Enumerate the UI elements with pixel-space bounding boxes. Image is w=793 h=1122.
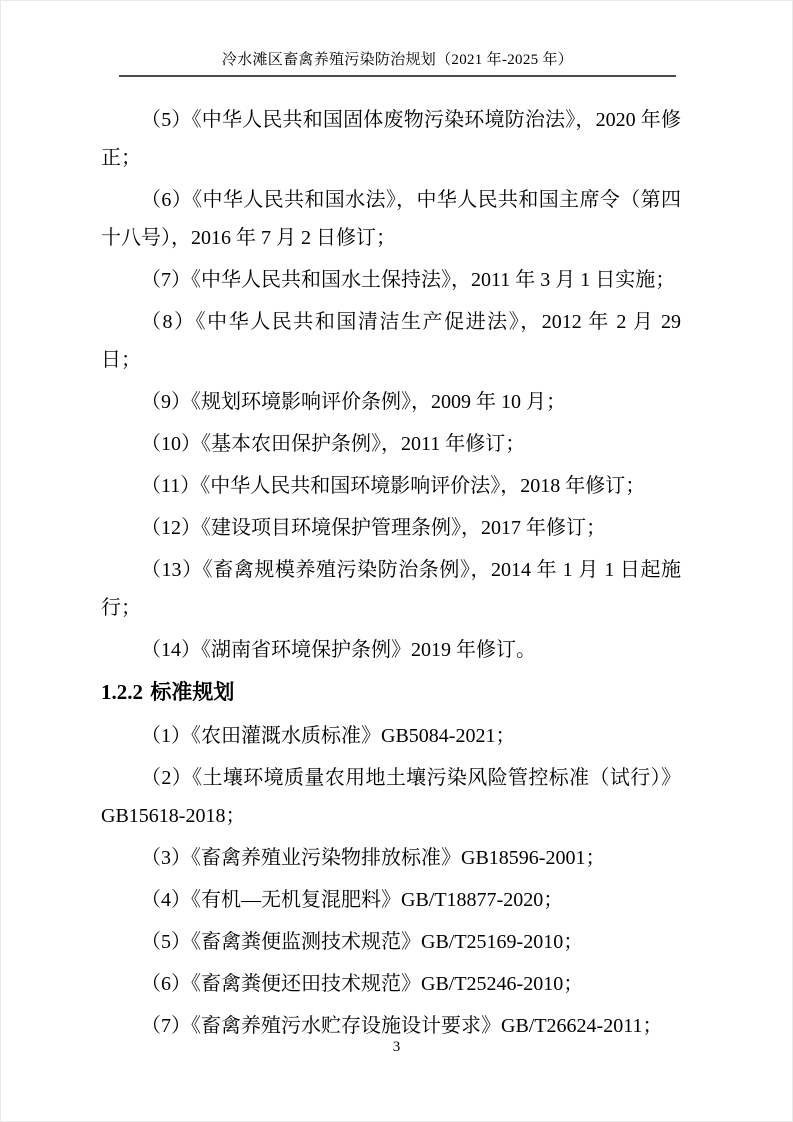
standard-item: （1）《农田灌溉水质标准》GB5084-2021；: [101, 717, 681, 755]
legal-item: （11）《中华人民共和国环境影响评价法》，2018 年修订；: [101, 467, 681, 505]
legal-item: （7）《中华人民共和国水土保持法》，2011 年 3 月 1 日实施；: [101, 261, 681, 299]
standard-item: （5）《畜禽粪便监测技术规范》GB/T25169-2010；: [101, 923, 681, 961]
section-heading: 1.2.2标准规划: [101, 673, 681, 712]
header-title: 冷水滩区畜禽养殖污染防治规划（2021 年-2025 年）: [222, 52, 573, 68]
document-page: 冷水滩区畜禽养殖污染防治规划（2021 年-2025 年） （5）《中华人民共和…: [0, 0, 793, 1122]
legal-item: （5）《中华人民共和国固体废物污染环境防治法》，2020 年修正；: [101, 101, 681, 177]
standard-item: （3）《畜禽养殖业污染物排放标准》GB18596-2001；: [101, 839, 681, 877]
legal-item: （8）《中华人民共和国清洁生产促进法》，2012 年 2 月 29 日；: [101, 303, 681, 379]
legal-item: （10）《基本农田保护条例》，2011 年修订；: [101, 425, 681, 463]
page-number: 3: [1, 1037, 792, 1057]
standard-item: （4）《有机—无机复混肥料》GB/T18877-2020；: [101, 881, 681, 919]
page-header: 冷水滩区畜禽养殖污染防治规划（2021 年-2025 年）: [119, 1, 676, 77]
standard-item: （6）《畜禽粪便还田技术规范》GB/T25246-2010；: [101, 965, 681, 1003]
legal-item: （14）《湖南省环境保护条例》2019 年修订。: [101, 631, 681, 669]
legal-item: （9）《规划环境影响评价条例》，2009 年 10 月；: [101, 383, 681, 421]
section-title: 标准规划: [150, 681, 234, 704]
standard-item: （2）《土壤环境质量农用地土壤污染风险管控标准（试行）》GB15618-2018…: [101, 759, 681, 835]
document-body: （5）《中华人民共和国固体废物污染环境防治法》，2020 年修正； （6）《中华…: [101, 101, 681, 1049]
legal-item: （12）《建设项目环境保护管理条例》，2017 年修订；: [101, 509, 681, 547]
legal-item: （6）《中华人民共和国水法》，中华人民共和国主席令（第四十八号），2016 年 …: [101, 181, 681, 257]
legal-item: （13）《畜禽规模养殖污染防治条例》，2014 年 1 月 1 日起施行；: [101, 551, 681, 627]
section-number: 1.2.2: [101, 680, 143, 704]
